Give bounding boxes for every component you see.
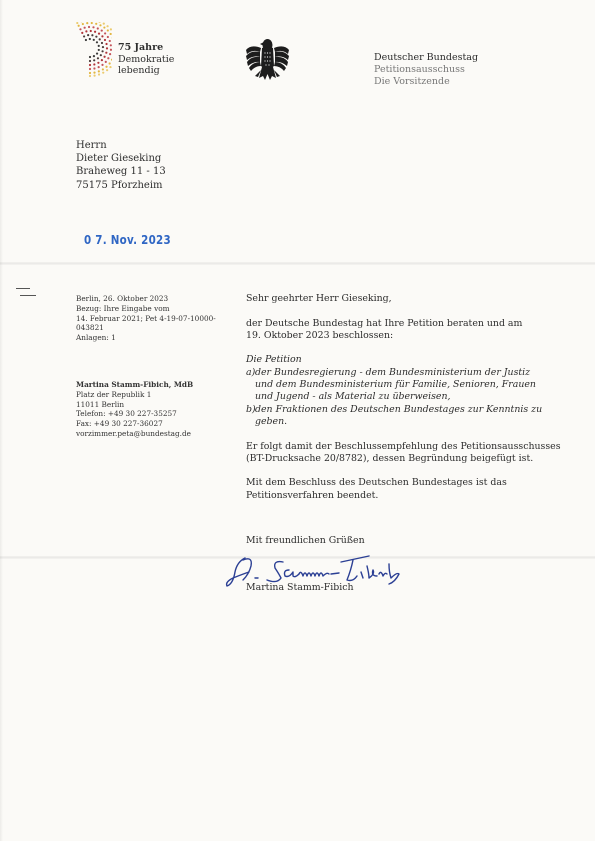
sender-street: Platz der Republik 1 — [76, 390, 241, 400]
intro-line-2: 19. Oktober 2023 beschlossen: — [246, 330, 566, 342]
decision-item-text: den Fraktionen des Deutschen Bundestages… — [255, 404, 542, 429]
decision-item-line: und Jugend - als Material zu überweisen, — [255, 391, 536, 403]
recipient-salutation: Herrn — [76, 139, 166, 152]
reference-line-3: 043821 — [76, 323, 236, 333]
recipient-address: Herrn Dieter Gieseking Braheweg 11 - 13 … — [76, 139, 166, 192]
sender-phone: Telefon: +49 30 227-35257 — [76, 409, 241, 419]
reference-line-2: 14. Februar 2021; Pet 4-19-07-10000- — [76, 314, 236, 324]
decision-item-label: a) — [246, 367, 255, 404]
sender-city: 11011 Berlin — [76, 400, 241, 410]
fold-line-top — [0, 262, 595, 265]
punch-mark — [20, 295, 36, 296]
paragraph-2-line-2: Petitionsverfahren beendet. — [246, 490, 566, 502]
decision-item-line: den Fraktionen des Deutschen Bundestages… — [255, 404, 542, 416]
decision-item-line: und dem Bundesministerium für Familie, S… — [255, 379, 536, 391]
decision-item-text: der Bundesregierung - dem Bundesminister… — [255, 367, 536, 404]
fold-marks — [14, 288, 36, 296]
decision-list: a)der Bundesregierung - dem Bundesminist… — [246, 367, 566, 428]
logo-line-1: 75 Jahre — [118, 42, 174, 54]
institution-name: Deutscher Bundestag — [374, 52, 478, 64]
attachments: Anlagen: 1 — [76, 333, 236, 343]
recipient-city: 75175 Pforzheim — [76, 179, 166, 192]
sender-contact: Martina Stamm-Fibich, MdB Platz der Repu… — [76, 380, 241, 439]
paragraph-1-line-2: (BT-Drucksache 20/8782), dessen Begründu… — [246, 453, 566, 465]
sender-name: Martina Stamm-Fibich, MdB — [76, 380, 241, 390]
committee-name: Petitionsausschuss — [374, 64, 478, 76]
decision-item: b)den Fraktionen des Deutschen Bundestag… — [246, 404, 566, 429]
logo-line-3: lebendig — [118, 65, 174, 77]
fold-mark — [16, 288, 30, 289]
federal-eagle-icon — [245, 36, 290, 84]
closing: Mit freundlichen Grüßen — [246, 535, 365, 546]
letter-meta: Berlin, 26. Oktober 2023 Bezug: Ihre Ein… — [76, 294, 236, 343]
decision-item-line: geben. — [255, 416, 542, 428]
decision-item-line: der Bundesregierung - dem Bundesminister… — [255, 367, 536, 379]
logo-line-2: Demokratie — [118, 54, 174, 66]
decision-item-label: b) — [246, 404, 255, 429]
received-date-stamp: 0 7. Nov. 2023 — [84, 233, 171, 247]
chair-title: Die Vorsitzende — [374, 76, 478, 88]
decision-item: a)der Bundesregierung - dem Bundesminist… — [246, 367, 566, 404]
sender-email: vorzimmer.peta@bundestag.de — [76, 429, 241, 439]
reference-line-1: Bezug: Ihre Eingabe vom — [76, 304, 236, 314]
recipient-street: Braheweg 11 - 13 — [76, 165, 166, 178]
signer-name: Martina Stamm-Fibich — [246, 582, 354, 593]
greeting: Sehr geehrter Herr Gieseking, — [246, 293, 566, 305]
decision-title: Die Petition — [246, 354, 566, 366]
sender-fax: Fax: +49 30 227-36027 — [76, 419, 241, 429]
paragraph-1-line-1: Er folgt damit der Beschlussempfehlung d… — [246, 441, 566, 453]
page-edge-shadow — [0, 0, 3, 841]
paragraph-2-line-1: Mit dem Beschluss des Deutschen Bundesta… — [246, 477, 566, 489]
recipient-name: Dieter Gieseking — [76, 152, 166, 165]
anniversary-logo-text: 75 Jahre Demokratie lebendig — [118, 42, 174, 77]
place-date: Berlin, 26. Oktober 2023 — [76, 294, 236, 304]
dotted-arc-logo-icon — [56, 22, 112, 78]
letter-body: Sehr geehrter Herr Gieseking, der Deutsc… — [246, 293, 566, 502]
intro-line-1: der Deutsche Bundestag hat Ihre Petition… — [246, 318, 566, 330]
institution-header: Deutscher Bundestag Petitionsausschuss D… — [374, 52, 478, 88]
